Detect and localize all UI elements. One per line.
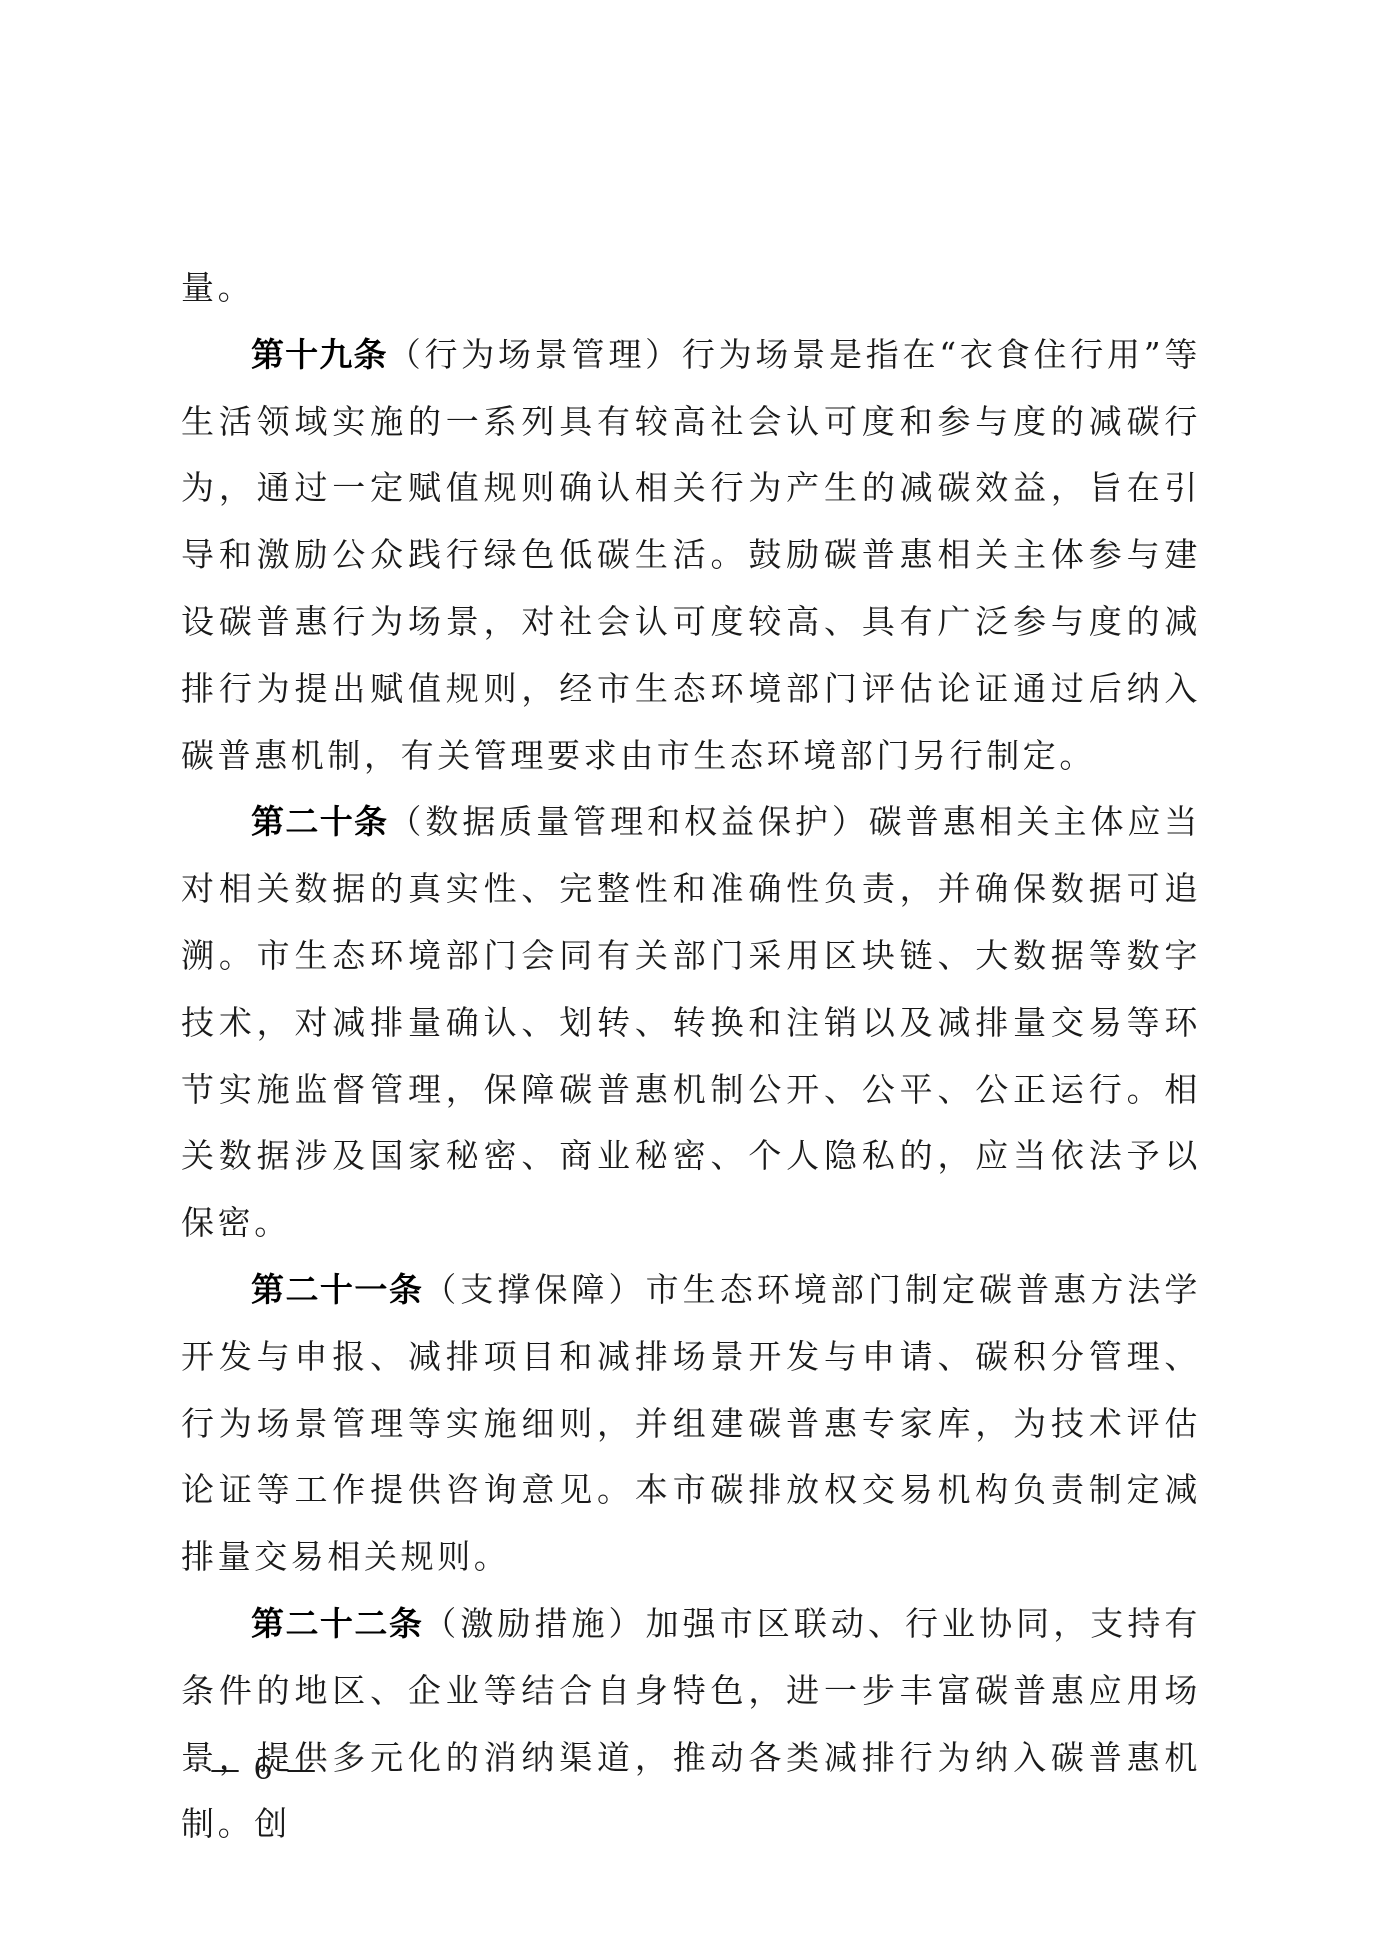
article-text: （数据质量管理和权益保护）碳普惠相关主体应当对相关数据的真实性、完整性和准确性负… bbox=[181, 802, 1201, 1242]
article-heading: 第二十条 bbox=[251, 802, 388, 841]
document-page: 量。 第十九条（行为场景管理）行为场景是指在“衣食住行用”等生活领域实施的一系列… bbox=[0, 0, 1376, 1946]
paragraph-continuation: 量。 bbox=[181, 255, 1201, 322]
article-heading: 第二十一条 bbox=[251, 1270, 423, 1309]
article-20: 第二十条（数据质量管理和权益保护）碳普惠相关主体应当对相关数据的真实性、完整性和… bbox=[181, 789, 1201, 1257]
article-22: 第二十二条（激励措施）加强市区联动、行业协同，支持有条件的地区、企业等结合自身特… bbox=[181, 1591, 1201, 1858]
article-heading: 第十九条 bbox=[251, 335, 388, 374]
article-text: （行为场景管理）行为场景是指在“衣食住行用”等生活领域实施的一系列具有较高社会认… bbox=[181, 335, 1201, 775]
document-body: 量。 第十九条（行为场景管理）行为场景是指在“衣食住行用”等生活领域实施的一系列… bbox=[181, 255, 1201, 1858]
article-heading: 第二十二条 bbox=[251, 1604, 423, 1643]
page-number: — 6 — bbox=[210, 1752, 318, 1787]
paragraph-text: 量。 bbox=[181, 268, 254, 307]
article-text: （支撑保障）市生态环境部门制定碳普惠方法学开发与申报、减排项目和减排场景开发与申… bbox=[181, 1270, 1201, 1576]
article-19: 第十九条（行为场景管理）行为场景是指在“衣食住行用”等生活领域实施的一系列具有较… bbox=[181, 322, 1201, 790]
article-21: 第二十一条（支撑保障）市生态环境部门制定碳普惠方法学开发与申报、减排项目和减排场… bbox=[181, 1257, 1201, 1591]
